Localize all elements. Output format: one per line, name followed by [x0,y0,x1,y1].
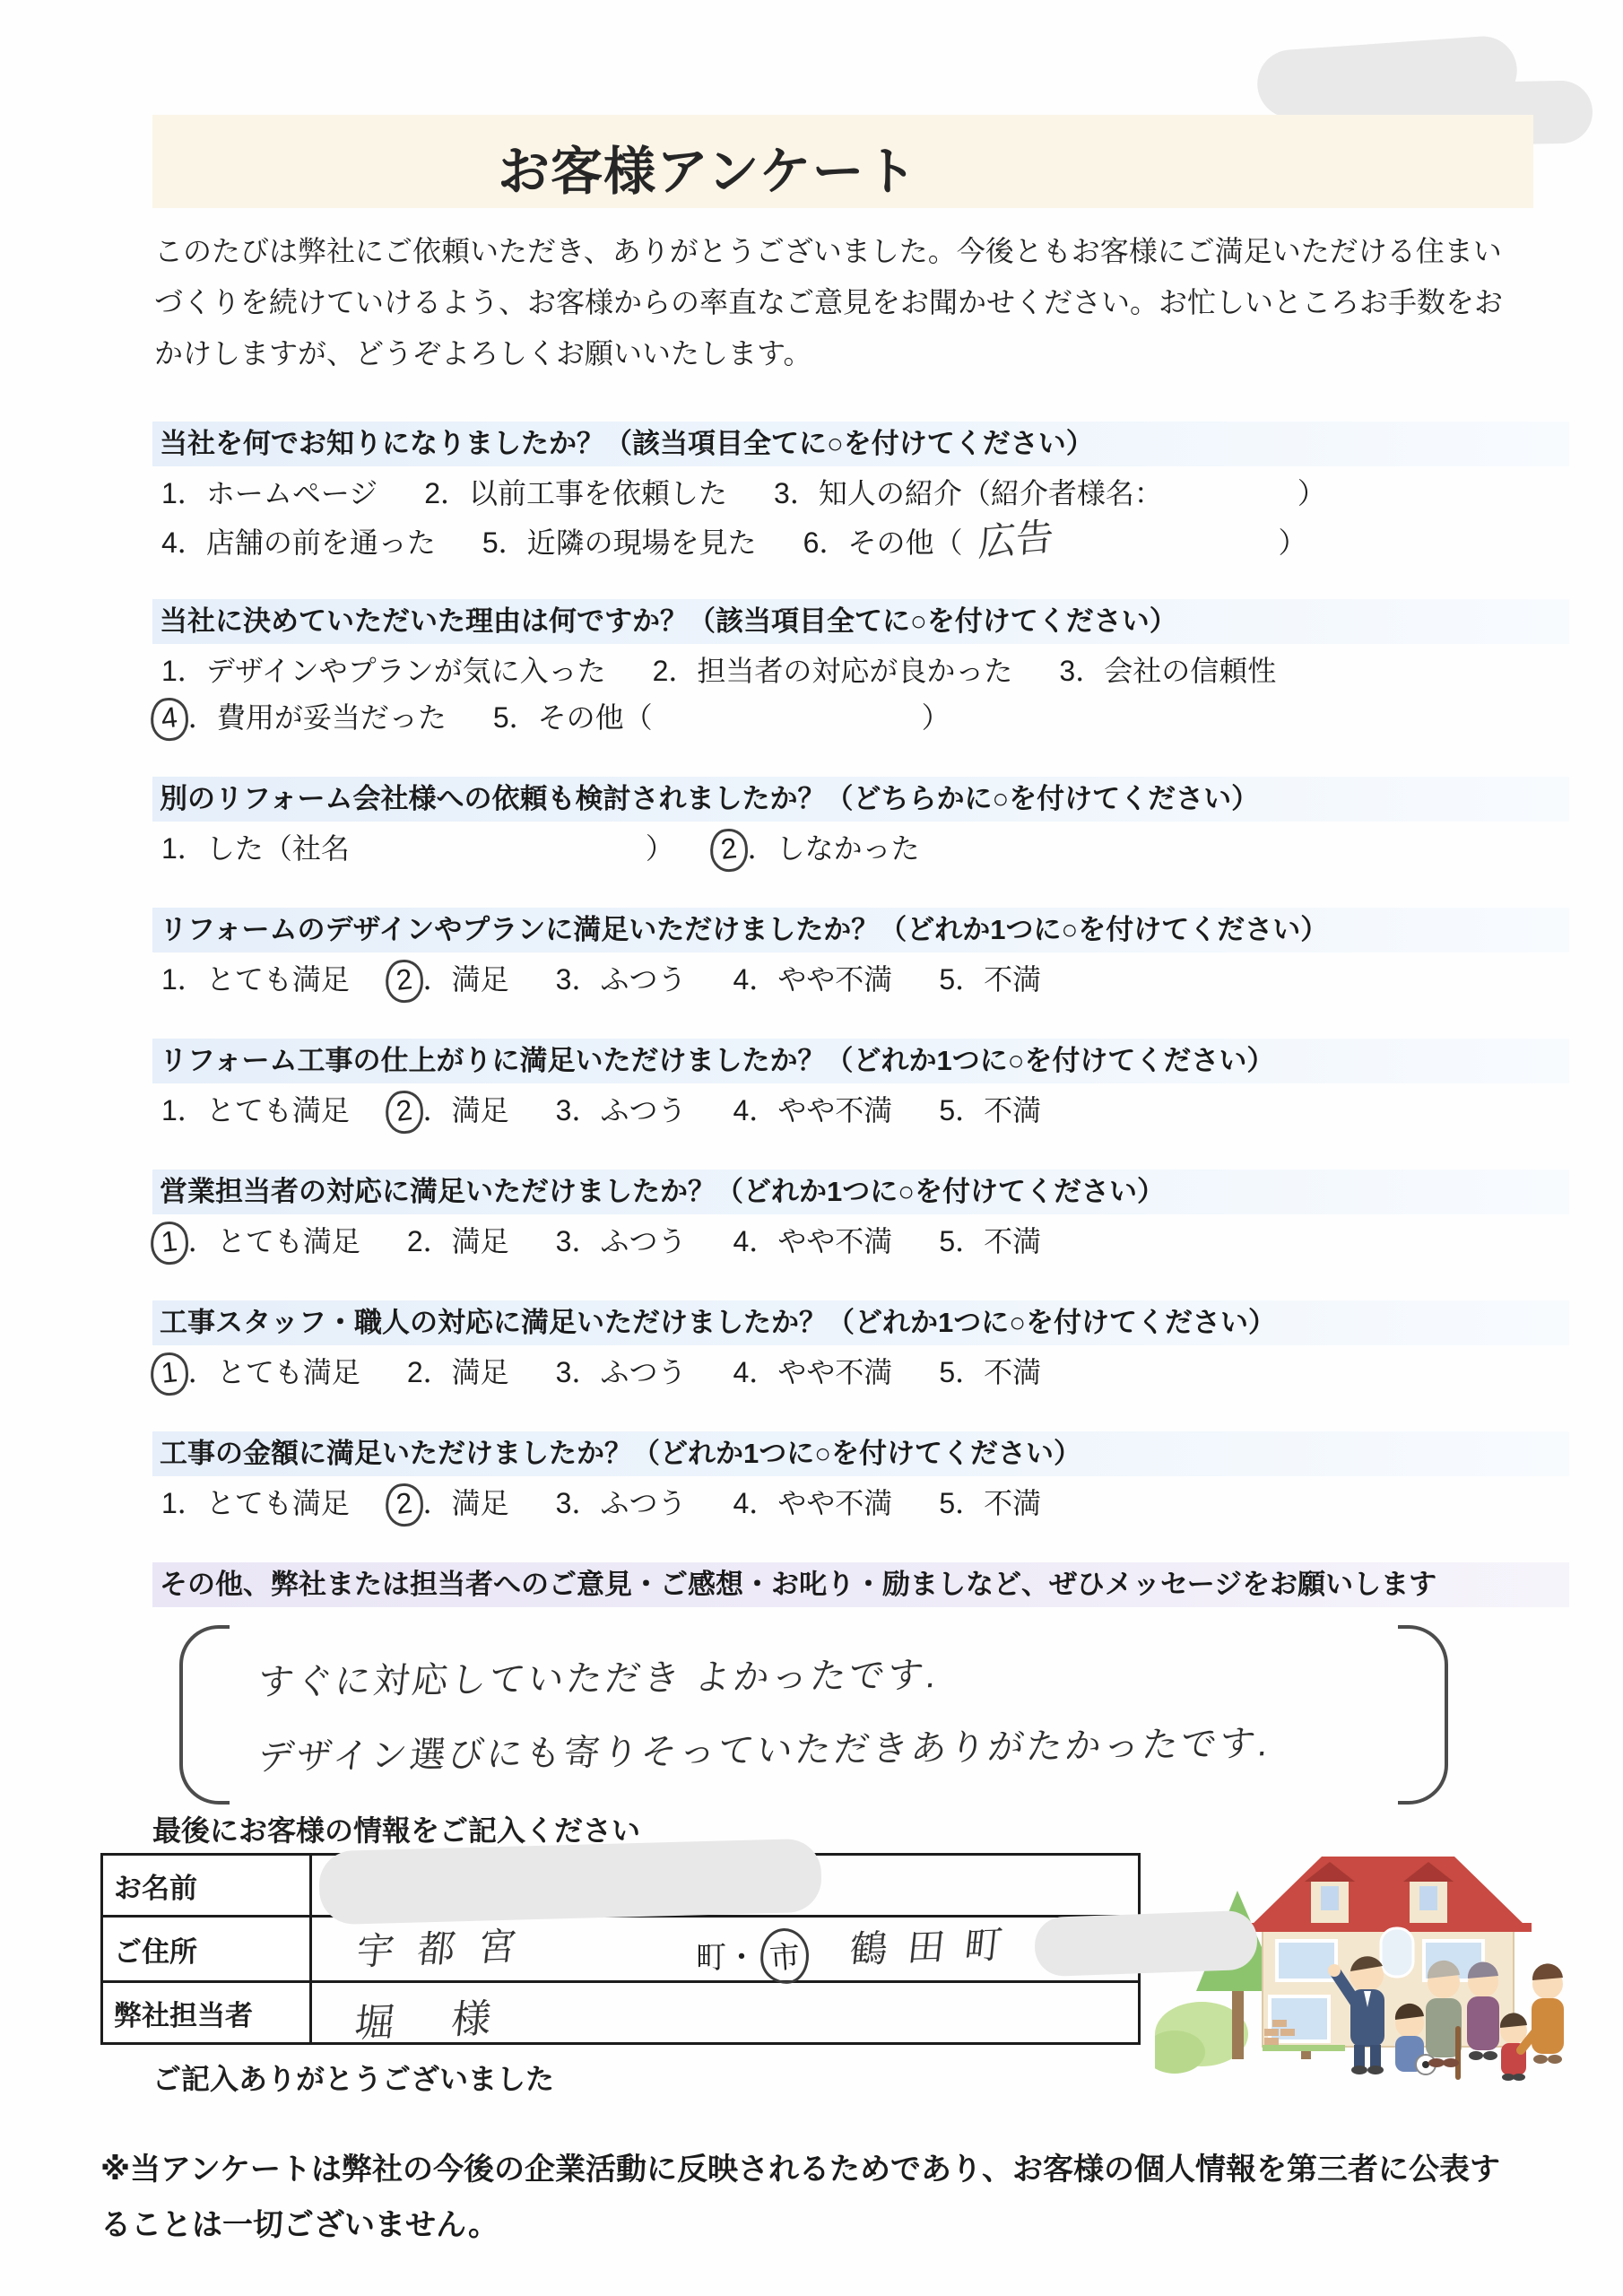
survey-option: 2．満足 [396,1094,509,1126]
option-number-separator: ． [423,1225,452,1257]
option-label: した（社名 [206,832,350,865]
survey-option: 3．ふつう [556,1356,687,1388]
circle-mark-option-number: 1 [149,1220,191,1266]
option-number-separator: ． [819,526,847,559]
message-section-header: その他、弊社または担当者へのご意見・ご感想・お叱り・励ましなど、ぜひメッセージを… [152,1562,1569,1607]
address-printed-choice: 町・市 [696,1928,809,1984]
option-line: 1．ホームページ2．以前工事を依頼した3．知人の紹介（紹介者様名：） [152,474,1569,513]
question-section: 当社に決めていただいた理由は何ですか？（該当項目全てに○を付けてください）1．デ… [152,599,1569,737]
option-label: 近隣の現場を見た [527,526,757,559]
option-number: 3 [774,474,790,513]
survey-option: 2．担当者の対応が良かった [653,655,1013,687]
circle-mark-option-number: 2 [383,958,425,1004]
survey-option: 5．不満 [939,1487,1041,1519]
question-header: 当社に決めていただいた理由は何ですか？（該当項目全てに○を付けてください） [152,599,1569,644]
option-label: その他（ [538,701,653,734]
question-section: 営業担当者の対応に満足いただけましたか？（どれか1つに○を付けてください）1．と… [152,1170,1569,1261]
survey-option: 2．しなかった [721,832,920,865]
option-number: 3 [556,1091,572,1130]
survey-option: 1．とても満足 [161,1094,350,1126]
circle-mark-option-number: 2 [707,827,750,874]
option-number: 3 [556,1483,572,1523]
option-label: 店舗の前を通った [206,526,436,559]
table-row: お名前 [102,1855,1140,1917]
option-number-separator: ． [749,1225,777,1257]
option-number-separator: ． [571,963,600,996]
option-label: ホームページ [206,477,378,509]
name-label: お名前 [102,1855,311,1917]
survey-option: 1．とても満足 [161,963,350,996]
table-row: ご住所 宇都宮 町・市 鶴田町 [102,1917,1140,1982]
survey-option: 1．とても満足 [161,1356,360,1388]
option-label: ふつう [600,1225,686,1257]
question-section: リフォーム工事の仕上がりに満足いただけましたか？（どれか1つに○を付けてください… [152,1039,1569,1130]
option-number: 4 [733,1352,749,1392]
survey-option: 4．店舗の前を通った [161,526,436,559]
table-row: 弊社担当者 堀 様 [102,1982,1140,2044]
option-number: 5 [939,1352,955,1392]
survey-option: 2．以前工事を依頼した [424,477,727,509]
family-house-illustration [1155,1839,1587,2109]
option-label: とても満足 [217,1356,360,1388]
option-number: 4 [733,960,749,999]
option-label: 満足 [452,1225,509,1257]
option-number-separator: ． [178,477,206,509]
option-label: やや不満 [777,1487,892,1519]
option-number-separator: ． [423,1487,452,1519]
option-number: 2 [407,1222,423,1261]
option-number-separator: ． [440,477,469,509]
option-number-separator: ． [178,1487,206,1519]
redaction-blob [1034,1910,1258,1978]
option-line: 1．とても満足2．満足3．ふつう4．やや不満5．不満 [152,960,1569,999]
survey-option: 4．やや不満 [733,1225,892,1257]
option-number: 3 [1059,651,1075,691]
survey-option: 5．不満 [939,1356,1041,1388]
handwritten-staff-name: 堀 様 [352,1986,504,2048]
left-bracket [179,1625,230,1805]
question-header: 当社を何でお知りになりましたか？（該当項目全てに○を付けてください） [152,422,1569,466]
survey-option: 4．やや不満 [733,1356,892,1388]
option-number-separator: ． [188,701,217,734]
title-band: お客様アンケート [152,115,1533,208]
address-label: ご住所 [102,1917,311,1982]
option-number: 2 [407,1352,423,1392]
intro-text: このたびは弊社にご依頼いただき、ありがとうございました。今後ともお客様にご満足い… [154,226,1530,379]
option-line: 1．とても満足2．満足3．ふつう4．やや不満5．不満 [152,1483,1569,1523]
survey-option: 3．ふつう [556,1225,687,1257]
option-line: 4．店舗の前を通った5．近隣の現場を見た6．その他（広告） [152,520,1569,560]
option-number: 5 [493,698,509,737]
option-number-separator: ． [178,963,206,996]
option-number-separator: ． [571,1094,600,1126]
option-label: デザインやプランが気に入った [206,655,606,687]
option-number: 3 [556,1222,572,1261]
option-label: その他（ [847,526,962,559]
survey-option: 1．ホームページ [161,477,378,509]
option-number: 4 [733,1222,749,1261]
option-label: 担当者の対応が良かった [697,655,1012,687]
option-label: 費用が妥当だった [217,701,447,734]
option-line: 1．とても満足2．満足3．ふつう4．やや不満5．不満 [152,1091,1569,1130]
closing-paren: ） [1298,477,1326,509]
option-number-separator: ． [423,1094,452,1126]
option-number: 1 [161,1091,178,1130]
option-number: 6 [803,523,820,562]
survey-option: 4．費用が妥当だった [161,701,447,734]
option-number: 5 [939,960,955,999]
option-number: 1 [161,1483,178,1523]
name-value [311,1855,1140,1917]
option-number: 2 [424,474,440,513]
question-header: リフォーム工事の仕上がりに満足いただけましたか？（どれか1つに○を付けてください… [152,1039,1569,1083]
option-label: やや不満 [777,1225,892,1257]
option-number: 3 [556,1352,572,1392]
right-bracket [1398,1625,1448,1805]
option-number: 5 [939,1091,955,1130]
message-section: その他、弊社または担当者へのご意見・ご感想・お叱り・励ましなど、ぜひメッセージを… [152,1562,1569,1797]
circle-mark-option-number: 1 [149,1351,191,1397]
survey-option: 3．知人の紹介（紹介者様名：） [774,477,1326,509]
option-label: 満足 [452,1487,509,1519]
option-label: とても満足 [217,1225,360,1257]
survey-option: 2．満足 [407,1225,509,1257]
option-line: 1．した（社名）2．しなかった [152,829,1569,868]
option-number-separator: ． [749,963,777,996]
option-number-separator: ． [749,1094,777,1126]
option-label: ふつう [600,1094,686,1126]
question-header: 別のリフォーム会社様への依頼も検討されましたか？（どちらかに○を付けてください） [152,777,1569,822]
option-label: ふつう [600,963,686,996]
option-line: 1．デザインやプランが気に入った2．担当者の対応が良かった3．会社の信頼性 [152,651,1569,691]
question-section: 当社を何でお知りになりましたか？（該当項目全てに○を付けてください）1．ホームペ… [152,422,1569,560]
option-number-separator: ． [571,1225,600,1257]
option-number: 1 [161,960,178,999]
option-number-separator: ． [749,1487,777,1519]
option-number-separator: ． [178,832,206,865]
option-label: 満足 [452,1356,509,1388]
option-number-separator: ． [668,655,697,687]
option-number: 4 [161,523,178,562]
closing-paren: ） [646,832,674,865]
option-line: 1．とても満足2．満足3．ふつう4．やや不満5．不満 [152,1222,1569,1261]
option-label: 満足 [452,1094,509,1126]
option-label: とても満足 [206,1487,350,1519]
option-number: 5 [939,1483,955,1523]
option-number: 4 [733,1091,749,1130]
survey-option: 4．やや不満 [733,963,892,996]
survey-option: 4．やや不満 [733,1094,892,1126]
option-label: やや不満 [777,963,892,996]
question-section: 別のリフォーム会社様への依頼も検討されましたか？（どちらかに○を付けてください）… [152,777,1569,868]
option-number: 1 [161,474,178,513]
handwritten-city: 宇都宮 [354,1916,542,1976]
circle-mark-city: 市 [759,1926,811,1986]
question-section: リフォームのデザインやプランに満足いただけましたか？（どれか1つに○を付けてくだ… [152,908,1569,999]
option-label: 不満 [984,1225,1041,1257]
option-number-separator: ． [790,477,819,509]
survey-option: 3．会社の信頼性 [1059,655,1276,687]
survey-option: 3．ふつう [556,1094,687,1126]
survey-option: 1．とても満足 [161,1487,350,1519]
survey-option: 1．した（社名） [161,832,674,865]
option-label: 不満 [984,1487,1041,1519]
handwritten-message-line: すぐに対応していただき よかったです. [256,1647,942,1705]
option-line: 4．費用が妥当だった5．その他（） [152,698,1569,737]
option-number: 5 [482,523,499,562]
question-section: 工事スタッフ・職人の対応に満足いただけましたか？（どれか1つに○を付けてください… [152,1300,1569,1392]
option-number: 1 [161,829,178,868]
option-number-separator: ． [749,1356,777,1388]
option-number-separator: ． [423,963,452,996]
printed-town-label: 町・ [696,1941,757,1975]
page-title: お客様アンケート [498,129,918,204]
privacy-note: ※当アンケートは弊社の今後の企業活動に反映されるためであり、お客様の個人情報を第… [100,2142,1508,2253]
option-number-separator: ． [955,1487,984,1519]
survey-option: 5．不満 [939,1094,1041,1126]
question-header: 工事スタッフ・職人の対応に満足いただけましたか？（どれか1つに○を付けてください… [152,1300,1569,1345]
option-number-separator: ． [571,1356,600,1388]
option-label: ふつう [600,1487,686,1519]
option-number-separator: ． [178,1094,206,1126]
option-number: 3 [556,960,572,999]
survey-option: 3．ふつう [556,1487,687,1519]
option-label: 不満 [984,963,1041,996]
survey-option: 5．不満 [939,1225,1041,1257]
closing-paren: ） [1279,526,1307,559]
survey-option: 6．その他（広告） [803,526,1307,559]
circle-mark-option-number: 2 [383,1482,425,1528]
option-label: やや不満 [777,1356,892,1388]
option-label: 会社の信頼性 [1104,655,1276,687]
survey-option: 2．満足 [396,1487,509,1519]
option-number-separator: ． [188,1356,217,1388]
option-number-separator: ． [509,701,538,734]
question-header: 工事の金額に満足いただけましたか？（どれか1つに○を付けてください） [152,1431,1569,1476]
option-number: 4 [733,1483,749,1523]
survey-option: 2．満足 [396,963,509,996]
survey-option: 4．やや不満 [733,1487,892,1519]
option-number-separator: ． [955,1356,984,1388]
survey-option: 5．その他（） [493,701,950,734]
option-number: 1 [161,651,178,691]
circle-mark-option-number: 2 [383,1089,425,1135]
option-label: しなかった [777,832,920,865]
option-label: とても満足 [206,1094,350,1126]
option-line: 1．とても満足2．満足3．ふつう4．やや不満5．不満 [152,1352,1569,1392]
staff-value: 堀 様 [311,1982,1140,2044]
option-number-separator: ． [178,526,206,559]
handwritten-answer: 広告 [977,517,1055,563]
handwritten-message-line: デザイン選びにも寄りそっていただきありがたかったです. [256,1715,1273,1780]
customer-info-table: お名前 ご住所 宇都宮 町・市 鶴田町 弊社担当者 堀 様 [100,1853,1141,2045]
survey-option: 5．不満 [939,963,1041,996]
question-header: 営業担当者の対応に満足いただけましたか？（どれか1つに○を付けてください） [152,1170,1569,1214]
option-number: 2 [653,651,669,691]
option-number-separator: ． [178,655,206,687]
option-number-separator: ． [423,1356,452,1388]
survey-option: 2．満足 [407,1356,509,1388]
option-label: とても満足 [206,963,350,996]
option-number-separator: ． [571,1487,600,1519]
staff-label: 弊社担当者 [102,1982,311,2044]
option-label: 知人の紹介（紹介者様名： [819,477,1163,509]
option-number-separator: ． [188,1225,217,1257]
option-label: 以前工事を依頼した [469,477,727,509]
handwritten-town: 鶴田町 [847,1915,1025,1975]
circle-mark-option-number: 4 [149,696,191,743]
redaction-blob [318,1839,822,1926]
option-number: 5 [939,1222,955,1261]
survey-option: 1．デザインやプランが気に入った [161,655,606,687]
survey-option: 1．とても満足 [161,1225,360,1257]
survey-option: 3．ふつう [556,963,687,996]
survey-option: 5．近隣の現場を見た [482,526,757,559]
option-number-separator: ． [955,963,984,996]
option-number-separator: ． [1075,655,1104,687]
address-value: 宇都宮 町・市 鶴田町 [311,1917,1140,1982]
option-label: ふつう [600,1356,686,1388]
question-header: リフォームのデザインやプランに満足いただけましたか？（どれか1つに○を付けてくだ… [152,908,1569,952]
option-label: 不満 [984,1094,1041,1126]
option-number-separator: ． [955,1225,984,1257]
option-label: やや不満 [777,1094,892,1126]
option-number-separator: ． [499,526,527,559]
question-section: 工事の金額に満足いただけましたか？（どれか1つに○を付けてください）1．とても満… [152,1431,1569,1523]
option-number-separator: ． [955,1094,984,1126]
closing-paren: ） [922,701,950,734]
option-label: 不満 [984,1356,1041,1388]
option-number-separator: ． [748,832,777,865]
message-box: すぐに対応していただき よかったです. デザイン選びにも寄りそっていただきありが… [179,1625,1448,1797]
option-label: 満足 [452,963,509,996]
